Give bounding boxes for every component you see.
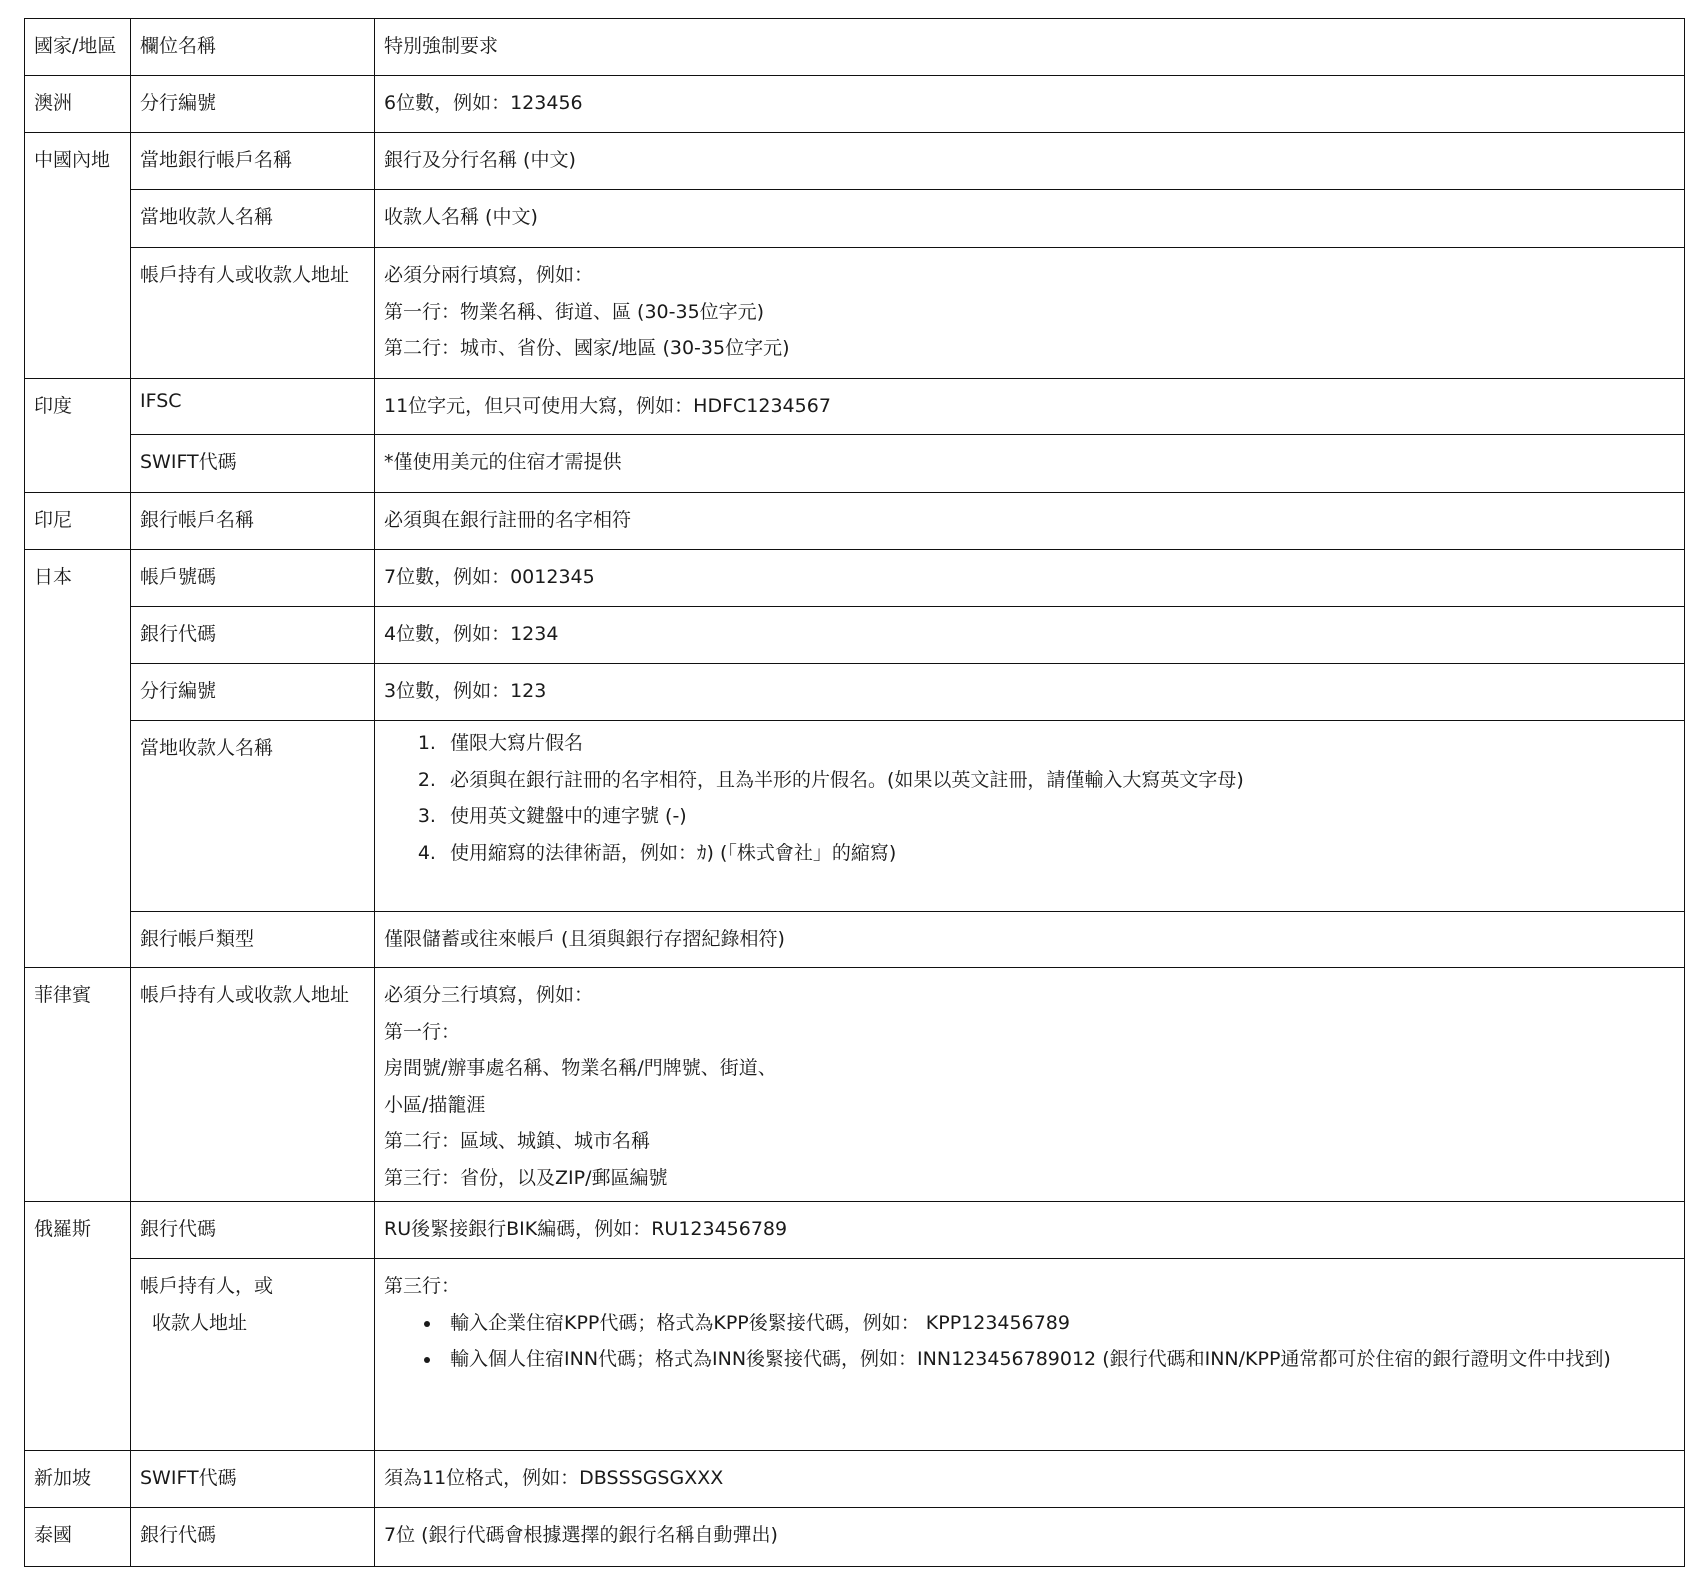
field-cell: 銀行帳戶類型	[131, 912, 375, 968]
requirement-cell: 第三行： 輸入企業住宿KPP代碼；格式為KPP後緊接代碼，例如： KPP1234…	[375, 1259, 1685, 1451]
text-line: 收款人地址	[140, 1305, 365, 1342]
country-cell: 印度	[25, 379, 131, 493]
requirement-cell: 7位 (銀行代碼會根據選擇的銀行名稱自動彈出)	[375, 1508, 1685, 1567]
field-cell: 當地收款人名稱	[131, 721, 375, 912]
country-cell: 印尼	[25, 493, 131, 550]
requirement-cell: *僅使用美元的住宿才需提供	[375, 435, 1685, 493]
country-cell: 菲律賓	[25, 968, 131, 1202]
requirements-table: 國家/地區 欄位名稱 特別強制要求 澳洲 分行編號 6位數，例如：123456 …	[24, 18, 1685, 1567]
field-cell: 帳戶號碼	[131, 550, 375, 607]
field-cell: IFSC	[131, 379, 375, 435]
table-row: 分行編號 3位數，例如：123	[25, 664, 1685, 721]
requirement-cell: 僅限儲蓄或往來帳戶 (且須與銀行存摺紀錄相符)	[375, 912, 1685, 968]
requirement-cell: 必須分兩行填寫，例如： 第一行：物業名稱、街道、區 (30-35位字元) 第二行…	[375, 248, 1685, 379]
text-line: 必須分兩行填寫，例如：	[384, 257, 1675, 294]
country-cell: 新加坡	[25, 1451, 131, 1508]
text-line: 房間號/辦事處名稱、物業名稱/門牌號、街道、	[384, 1050, 1675, 1087]
table-row: 澳洲 分行編號 6位數，例如：123456	[25, 76, 1685, 133]
requirement-cell: 必須分三行填寫，例如： 第一行： 房間號/辦事處名稱、物業名稱/門牌號、街道、 …	[375, 968, 1685, 1202]
field-cell: 分行編號	[131, 76, 375, 133]
country-cell: 泰國	[25, 1508, 131, 1567]
header-requirement: 特別強制要求	[375, 19, 1685, 76]
table-row: 當地收款人名稱 收款人名稱 (中文)	[25, 190, 1685, 248]
table-row: 印尼 銀行帳戶名稱 必須與在銀行註冊的名字相符	[25, 493, 1685, 550]
table-row: 新加坡 SWIFT代碼 須為11位格式，例如：DBSSSGSGXXX	[25, 1451, 1685, 1508]
text-line: 第三行：	[384, 1268, 1675, 1305]
country-cell: 中國內地	[25, 133, 131, 379]
numbered-list: 僅限大寫片假名 必須與在銀行註冊的名字相符，且為半形的片假名。(如果以英文註冊，…	[384, 725, 1675, 871]
field-cell: 帳戶持有人或收款人地址	[131, 248, 375, 379]
table-row: 帳戶持有人或收款人地址 必須分兩行填寫，例如： 第一行：物業名稱、街道、區 (3…	[25, 248, 1685, 379]
requirement-cell: 6位數，例如：123456	[375, 76, 1685, 133]
table-row: 銀行帳戶類型 僅限儲蓄或往來帳戶 (且須與銀行存摺紀錄相符)	[25, 912, 1685, 968]
text-line: 第一行：	[384, 1014, 1675, 1051]
text-line: 帳戶持有人，或	[140, 1268, 365, 1305]
table-row: 印度 IFSC 11位字元，但只可使用大寫，例如：HDFC1234567	[25, 379, 1685, 435]
text-line: 第二行：城市、省份、國家/地區 (30-35位字元)	[384, 330, 1675, 367]
field-cell: 銀行帳戶名稱	[131, 493, 375, 550]
field-cell: 銀行代碼	[131, 1202, 375, 1259]
requirement-cell: 3位數，例如：123	[375, 664, 1685, 721]
list-item: 必須與在銀行註冊的名字相符，且為半形的片假名。(如果以英文註冊，請僅輸入大寫英文…	[442, 762, 1675, 799]
table-row: 泰國 銀行代碼 7位 (銀行代碼會根據選擇的銀行名稱自動彈出)	[25, 1508, 1685, 1567]
field-cell: SWIFT代碼	[131, 1451, 375, 1508]
list-item: 輸入個人住宿INN代碼；格式為INN後緊接代碼，例如：INN1234567890…	[442, 1341, 1675, 1378]
text-line: 第二行：區域、城鎮、城市名稱	[384, 1123, 1675, 1160]
country-cell: 澳洲	[25, 76, 131, 133]
list-item: 輸入企業住宿KPP代碼；格式為KPP後緊接代碼，例如： KPP123456789	[442, 1305, 1675, 1342]
table-row: 銀行代碼 4位數，例如：1234	[25, 607, 1685, 664]
country-cell: 日本	[25, 550, 131, 968]
field-cell: 帳戶持有人，或 收款人地址	[131, 1259, 375, 1451]
table-row: 當地收款人名稱 僅限大寫片假名 必須與在銀行註冊的名字相符，且為半形的片假名。(…	[25, 721, 1685, 912]
list-item: 僅限大寫片假名	[442, 725, 1675, 762]
requirement-cell: 僅限大寫片假名 必須與在銀行註冊的名字相符，且為半形的片假名。(如果以英文註冊，…	[375, 721, 1685, 912]
requirement-cell: RU後緊接銀行BIK編碼，例如：RU123456789	[375, 1202, 1685, 1259]
table-row: 日本 帳戶號碼 7位數，例如：0012345	[25, 550, 1685, 607]
table-row: 菲律賓 帳戶持有人或收款人地址 必須分三行填寫，例如： 第一行： 房間號/辦事處…	[25, 968, 1685, 1202]
bullet-list: 輸入企業住宿KPP代碼；格式為KPP後緊接代碼，例如： KPP123456789…	[384, 1305, 1675, 1378]
field-cell: SWIFT代碼	[131, 435, 375, 493]
table-row: 中國內地 當地銀行帳戶名稱 銀行及分行名稱 (中文)	[25, 133, 1685, 190]
requirement-cell: 收款人名稱 (中文)	[375, 190, 1685, 248]
list-item: 使用縮寫的法律術語，例如：ｶ) (「株式會社」的縮寫)	[442, 835, 1675, 872]
field-cell: 銀行代碼	[131, 607, 375, 664]
requirement-cell: 7位數，例如：0012345	[375, 550, 1685, 607]
field-cell: 當地銀行帳戶名稱	[131, 133, 375, 190]
requirement-cell: 須為11位格式，例如：DBSSSGSGXXX	[375, 1451, 1685, 1508]
country-cell: 俄羅斯	[25, 1202, 131, 1451]
field-cell: 當地收款人名稱	[131, 190, 375, 248]
requirement-cell: 銀行及分行名稱 (中文)	[375, 133, 1685, 190]
field-cell: 分行編號	[131, 664, 375, 721]
text-line: 第一行：物業名稱、街道、區 (30-35位字元)	[384, 294, 1675, 331]
list-item: 使用英文鍵盤中的連字號 (-)	[442, 798, 1675, 835]
text-line: 第三行：省份，以及ZIP/郵區編號	[384, 1160, 1675, 1197]
table-row: SWIFT代碼 *僅使用美元的住宿才需提供	[25, 435, 1685, 493]
header-country: 國家/地區	[25, 19, 131, 76]
field-cell: 銀行代碼	[131, 1508, 375, 1567]
text-line: 必須分三行填寫，例如：	[384, 977, 1675, 1014]
header-row: 國家/地區 欄位名稱 特別強制要求	[25, 19, 1685, 76]
table-row: 俄羅斯 銀行代碼 RU後緊接銀行BIK編碼，例如：RU123456789	[25, 1202, 1685, 1259]
table-row: 帳戶持有人，或 收款人地址 第三行： 輸入企業住宿KPP代碼；格式為KPP後緊接…	[25, 1259, 1685, 1451]
header-field: 欄位名稱	[131, 19, 375, 76]
requirement-cell: 4位數，例如：1234	[375, 607, 1685, 664]
requirement-cell: 必須與在銀行註冊的名字相符	[375, 493, 1685, 550]
requirement-cell: 11位字元，但只可使用大寫，例如：HDFC1234567	[375, 379, 1685, 435]
field-cell: 帳戶持有人或收款人地址	[131, 968, 375, 1202]
text-line: 小區/描籠涯	[384, 1087, 1675, 1124]
